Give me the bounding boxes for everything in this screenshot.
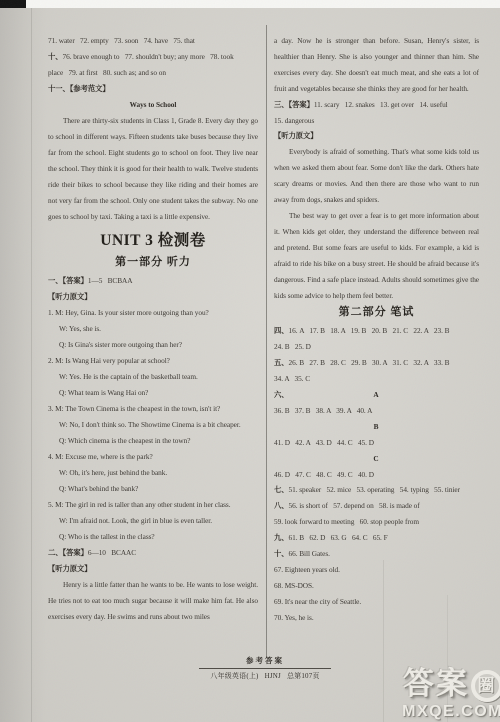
- page-footer: 参考答案 八年级英语(上)HJNJ总第107页: [199, 655, 331, 681]
- text-line: 70. Yes, he is.: [274, 610, 479, 626]
- text-line: 一、【答案】1—5 BCBAA: [48, 273, 258, 289]
- watermark-brand: 答案圈: [402, 668, 500, 702]
- text-line: 68. MS-DOS.: [274, 578, 479, 594]
- text-line: 3. M: The Town Cinema is the cheapest in…: [48, 401, 258, 417]
- watermark-site-url: MXQE.COM: [402, 703, 500, 720]
- text-line: 15. dangerous: [274, 113, 479, 129]
- text-line: B: [274, 419, 479, 435]
- text-line: 三、【答案】11. scary 12. snakes 13. get over …: [274, 97, 479, 113]
- text-line: W: Yes. He is the captain of the basketb…: [48, 369, 258, 385]
- text-line: Q: What's behind the bank?: [48, 481, 258, 497]
- text-line: UNIT 3 检测卷: [48, 229, 258, 253]
- text-line: There are thirty-six students in Class 1…: [48, 113, 258, 225]
- text-line: 59. look forward to meeting 60. stop peo…: [274, 514, 479, 530]
- text-line: 二、【答案】6—10 BCAAC: [48, 545, 258, 561]
- watermark-brand-text: 答案: [403, 666, 469, 701]
- text-line: 5. M: The girl in red is taller than any…: [48, 497, 258, 513]
- text-line: 4. M: Excuse me, where is the park?: [48, 449, 258, 465]
- text-line: 71. water 72. empty 73. soon 74. have 75…: [48, 33, 258, 49]
- text-line: C: [274, 451, 479, 467]
- left-column: 71. water 72. empty 73. soon 74. have 75…: [48, 33, 258, 653]
- text-line: 六、A: [274, 387, 479, 403]
- text-line: The best way to get over a fear is to ge…: [274, 208, 479, 303]
- scan-corner-mark: [0, 0, 26, 8]
- text-line: Everybody is afraid of something. That's…: [274, 144, 479, 208]
- text-line: 24. B 25. D: [274, 339, 479, 355]
- text-line: Q: Is Gina's sister more outgoing than h…: [48, 337, 258, 353]
- text-line: 【听力原文】: [48, 561, 258, 577]
- text-line: 第一部分 听力: [48, 254, 258, 271]
- text-line: W: No, I don't think so. The Showtime Ci…: [48, 417, 258, 433]
- text-line: 67. Eighteen years old.: [274, 562, 479, 578]
- text-line: 41. D 42. A 43. D 44. C 45. D: [274, 435, 479, 451]
- text-line: W: Oh, it's here, just behind the bank.: [48, 465, 258, 481]
- text-line: 34. A 35. C: [274, 371, 479, 387]
- text-line: 九、61. B 62. D 63. G 64. C 65. F: [274, 530, 479, 546]
- scanned-answer-key-page: 71. water 72. empty 73. soon 74. have 75…: [0, 0, 500, 722]
- column-divider-rule: [266, 25, 267, 657]
- text-line: 十、66. Bill Gates.: [274, 546, 479, 562]
- footer-label: 参考答案: [199, 655, 331, 667]
- text-line: a day. Now he is stronger than before. S…: [274, 33, 479, 97]
- text-line: 十、76. brave enough to 77. shouldn't buy;…: [48, 49, 258, 65]
- text-line: 四、16. A 17. B 18. A 19. B 20. B 21. C 22…: [274, 323, 479, 339]
- option-group-label: A: [274, 387, 479, 403]
- text-line: 第二部分 笔试: [274, 304, 479, 321]
- text-line: 69. It's near the city of Seattle.: [274, 594, 479, 610]
- footer-rule: [199, 668, 331, 669]
- footer-edition-code: HJNJ: [265, 672, 281, 680]
- page-spine-shadow: [0, 8, 46, 722]
- scan-top-margin: [0, 0, 500, 8]
- text-line: Q: Who is the tallest in the class?: [48, 529, 258, 545]
- footer-page-number: 总第107页: [287, 672, 320, 680]
- text-line: 十一、【参考范文】: [48, 81, 258, 97]
- right-column: a day. Now he is stronger than before. S…: [274, 33, 479, 655]
- text-line: 2. M: Is Wang Hai very popular at school…: [48, 353, 258, 369]
- text-line: Q: What team is Wang Hai on?: [48, 385, 258, 401]
- text-line: Q: Which cinema is the cheapest in the t…: [48, 433, 258, 449]
- watermark-circle-badge-icon: 圈: [471, 670, 500, 702]
- text-line: 七、51. speaker 52. mice 53. operating 54.…: [274, 482, 479, 498]
- text-line: 1. M: Hey, Gina. Is your sister more out…: [48, 305, 258, 321]
- paper-crease-line: [31, 8, 32, 722]
- footer-book-title: 八年级英语(上): [210, 672, 258, 680]
- text-line: place 79. at first 80. such as; and so o…: [48, 65, 258, 81]
- footer-info: 八年级英语(上)HJNJ总第107页: [199, 671, 331, 681]
- text-line: 36. B 37. B 38. A 39. A 40. A: [274, 403, 479, 419]
- text-line: 【听力原文】: [274, 128, 479, 144]
- text-line: Ways to School: [48, 97, 258, 113]
- text-line: W: Yes, she is.: [48, 321, 258, 337]
- text-line: W: I'm afraid not. Look, the girl in blu…: [48, 513, 258, 529]
- text-line: 【听力原文】: [48, 289, 258, 305]
- text-line: Henry is a little fatter than he wants t…: [48, 577, 258, 625]
- watermark: 答案圈 MXQE.COM: [402, 668, 500, 720]
- text-line: 八、56. is short of 57. depend on 58. is m…: [274, 498, 479, 514]
- text-line: 46. D 47. C 48. C 49. C 40. D: [274, 467, 479, 483]
- text-line: 五、26. B 27. B 28. C 29. B 30. A 31. C 32…: [274, 355, 479, 371]
